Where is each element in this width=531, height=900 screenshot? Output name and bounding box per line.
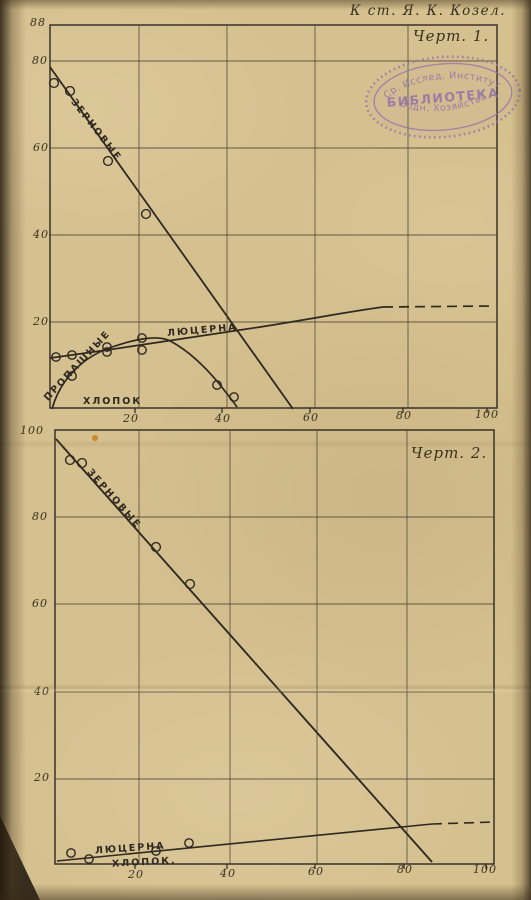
chart-1-ytick-40: 40 <box>23 228 49 241</box>
chart-1-ytick-80: 80 <box>22 54 48 67</box>
chart-1-ytick-60: 60 <box>23 141 49 154</box>
data-point <box>50 79 59 88</box>
chart-2 <box>55 430 494 869</box>
data-point <box>185 839 193 847</box>
chart-2-xtick-60: 60 <box>303 865 329 878</box>
data-point <box>142 210 151 219</box>
chart-2-title: Черт. 2. <box>411 444 487 462</box>
chart-1-vgrid <box>139 25 408 408</box>
data-point <box>67 849 75 857</box>
chart-2-line-alfalfa <box>57 824 432 861</box>
chart-1-xtick-20: 20 <box>118 412 144 425</box>
chart-2-ytick-100: 100 <box>18 424 44 437</box>
chart-2-ytick-40: 40 <box>24 685 50 698</box>
chart-1-line-alfalfa-dashed <box>383 306 494 307</box>
chart-1-ytick-88: 88 <box>20 16 46 29</box>
chart-2-xtick-40: 40 <box>215 867 241 880</box>
chart-1-xtick-40: 40 <box>210 412 236 425</box>
chart-2-line-alfalfa-dashed <box>432 822 494 824</box>
chart-1-data-points <box>50 79 239 402</box>
chart-2-xtick-20: 20 <box>123 868 149 881</box>
chart-2-ytick-80: 80 <box>22 510 48 523</box>
chart-2-ytick-60: 60 <box>22 597 48 610</box>
chart-1-title: Черт. 1. <box>413 27 489 45</box>
data-point <box>230 393 238 401</box>
attribution-note: К ст. Я. К. Козел. <box>350 3 506 19</box>
chart-2-xtick-80: 80 <box>392 863 418 876</box>
data-point <box>78 459 87 468</box>
scanned-page: Ср. Исслед. Институт БИБЛИОТЕКА Водн. Хо… <box>0 0 531 900</box>
chart-2-xtick-100: 100 <box>472 863 498 876</box>
chart-2-ytick-20: 20 <box>24 771 50 784</box>
data-point <box>85 855 93 863</box>
chart-2-hgrid <box>55 517 494 779</box>
chart-2-vgrid <box>139 430 407 864</box>
paper-stain <box>92 435 98 441</box>
library-stamp: Ср. Исслед. Институт БИБЛИОТЕКА Водн. Хо… <box>363 50 523 143</box>
data-point <box>186 580 195 589</box>
chart-1-xtick-100: 100 <box>474 408 500 421</box>
data-point <box>66 456 75 465</box>
chart-1-line-rowcrops <box>52 338 237 409</box>
chart-1-xtick-60: 60 <box>298 411 324 424</box>
chart-2-frame <box>55 430 494 864</box>
chart-1-xtick-80: 80 <box>391 409 417 422</box>
chart-1-ytick-20: 20 <box>23 315 49 328</box>
chart-1-label-cotton: ХЛОПОК <box>83 396 142 407</box>
